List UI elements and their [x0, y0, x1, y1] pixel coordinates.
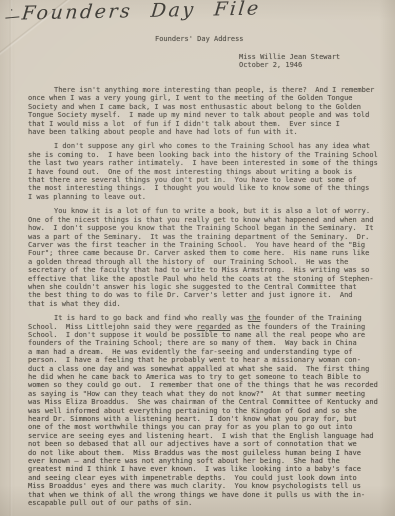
document-date: October 2, 1946 — [239, 61, 340, 69]
paragraph: I don't suppose any girl who comes to th… — [28, 142, 382, 201]
scanned-document-page: · Founders Day File Founders' Day Addres… — [0, 0, 395, 516]
document-title: Founders' Day Address — [155, 35, 244, 43]
handwritten-insert-mark: · — [5, 8, 20, 18]
paragraph: It is hard to go back and find who reall… — [28, 314, 382, 507]
author-name: Miss Willie Jean Stewart — [239, 53, 340, 61]
handwritten-file-label: Founders Day File — [21, 0, 262, 25]
paragraphs: There isn't anything more interesting th… — [28, 86, 382, 514]
byline-block: Miss Willie Jean Stewart October 2, 1946 — [239, 53, 340, 70]
paragraph: You know it is a lot of fun to write a b… — [28, 207, 382, 308]
paragraph: There isn't anything more interesting th… — [28, 86, 382, 136]
